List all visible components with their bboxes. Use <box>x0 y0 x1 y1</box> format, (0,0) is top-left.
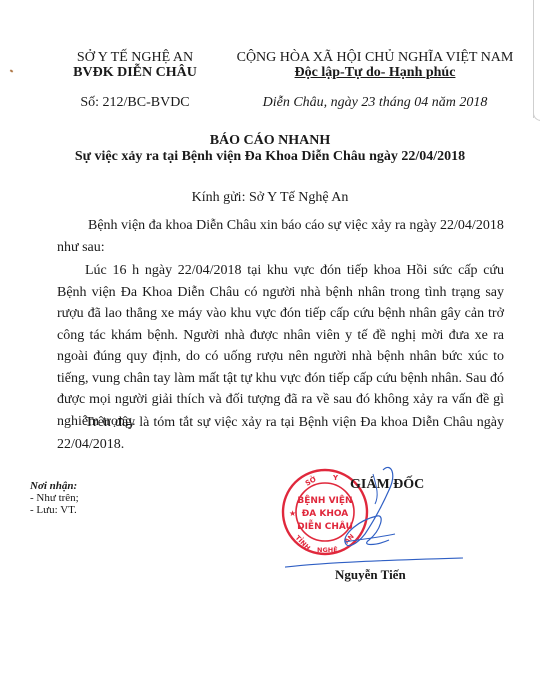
intro-line-2: như sau: <box>57 240 105 256</box>
intro-line-1: Bệnh viện đa khoa Diễn Châu xin báo cáo … <box>88 218 504 234</box>
document-number: Số: 212/BC-BVDC <box>60 95 210 111</box>
recipient-item: - Như trên; <box>30 492 79 504</box>
recipients-block: Nơi nhận: - Như trên; - Lưu: VT. <box>30 480 79 516</box>
header-unit: BVĐK DIỄN CHÂU <box>60 65 210 81</box>
signature-scribble <box>285 460 465 570</box>
header-nation: CỘNG HÒA XÃ HỘI CHỦ NGHĨA VIỆT NAM <box>220 50 530 66</box>
recipients-label: Nơi nhận: <box>30 480 79 492</box>
header-motto: Độc lập-Tự do- Hạnh phúc <box>220 65 530 81</box>
page-edge-curve <box>533 112 540 121</box>
place-date: Diễn Châu, ngày 23 tháng 04 năm 2018 <box>220 95 530 111</box>
incident-paragraph: Lúc 16 h ngày 22/04/2018 tại khu vực đón… <box>57 260 504 432</box>
report-title: BÁO CÁO NHANH <box>0 133 540 149</box>
signer-name: Nguyễn Tiến <box>335 567 406 583</box>
header-motto-text: Độc lập-Tự do- Hạnh phúc <box>295 65 456 80</box>
scan-speck <box>10 69 14 72</box>
addressee: Kính gửi: Sở Y Tế Nghệ An <box>0 190 540 206</box>
header-agency: SỞ Y TẾ NGHỆ AN <box>60 50 210 66</box>
page-edge-line <box>533 0 534 118</box>
report-subtitle: Sự việc xảy ra tại Bệnh viện Đa Khoa Diễ… <box>0 149 540 165</box>
recipient-item: - Lưu: VT. <box>30 504 79 516</box>
summary-paragraph: Trên đây là tóm tắt sự việc xảy ra tại B… <box>57 412 504 455</box>
